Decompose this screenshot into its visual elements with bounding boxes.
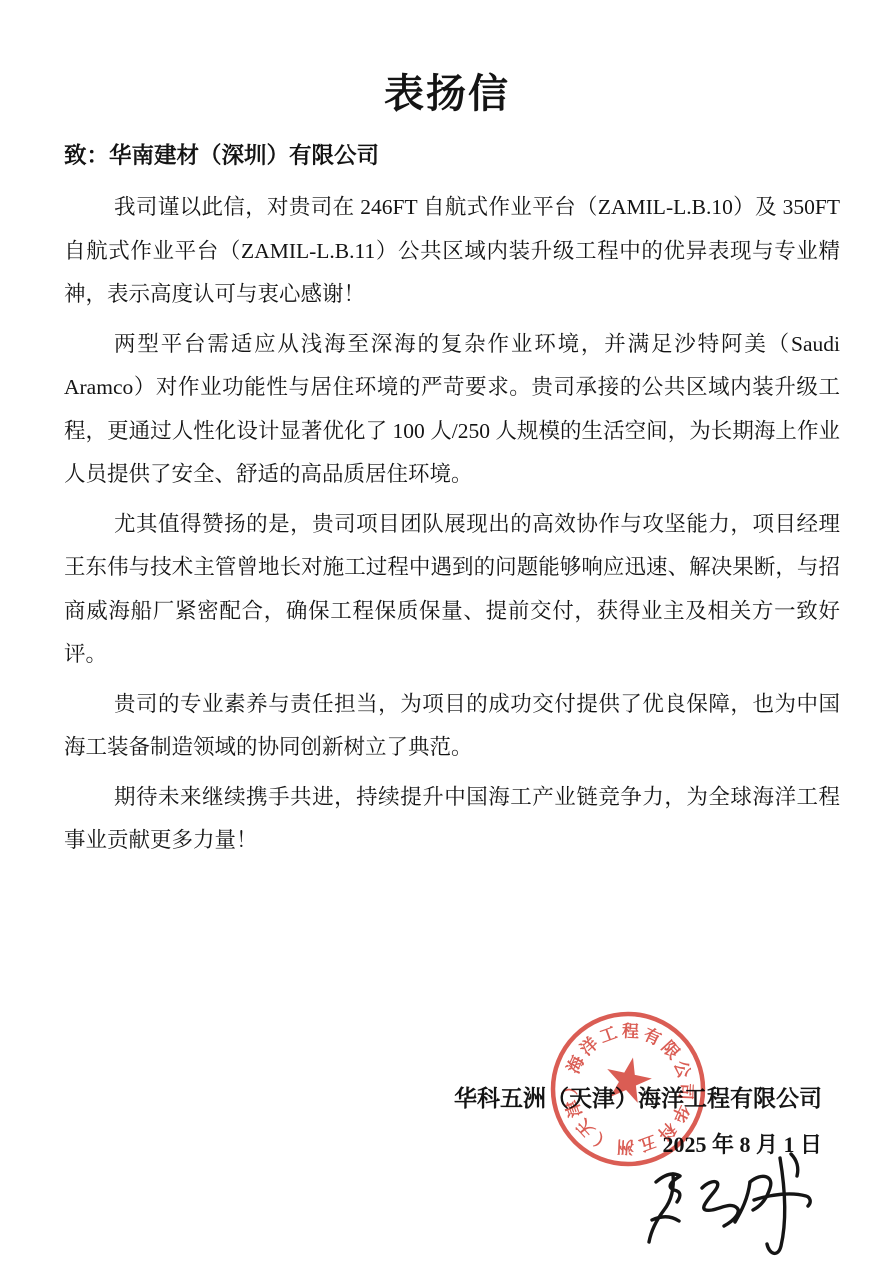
signature-handwriting <box>642 1148 822 1263</box>
paragraph: 两型平台需适应从浅海至深海的复杂作业环境，并满足沙特阿美（Saudi Aramc… <box>64 323 840 497</box>
paragraph: 尤其值得赞扬的是，贵司项目团队展现出的高效协作与攻坚能力，项目经理王东伟与技术主… <box>64 503 840 677</box>
signature-stroke <box>767 1158 785 1253</box>
seal-char: 工 <box>597 1023 619 1047</box>
seal-char: ） <box>560 1078 581 1096</box>
paragraph: 期待未来继续携手共进，持续提升中国海工产业链竞争力，为全球海洋工程事业贡献更多力… <box>64 776 840 863</box>
seal-char: 公 <box>670 1058 694 1080</box>
commendation-letter-page: 表扬信 致：华南建材（深圳）有限公司 我司谨以此信，对贵司在 246FT 自航式… <box>0 0 894 1279</box>
recipient-line: 致：华南建材（深圳）有限公司 <box>64 141 838 171</box>
paragraph: 我司谨以此信，对贵司在 246FT 自航式作业平台（ZAMIL-L.B.10）及… <box>64 186 840 317</box>
seal-char: 洲 <box>617 1137 635 1158</box>
signature-stroke <box>656 1174 680 1202</box>
seal-char: 有 <box>641 1024 665 1049</box>
seal-star-icon <box>602 1053 656 1105</box>
seal-char: 程 <box>622 1021 640 1042</box>
seal-char: 限 <box>658 1037 683 1062</box>
signature-stroke <box>702 1182 738 1226</box>
signature-stroke <box>735 1182 750 1222</box>
signature-stroke <box>750 1176 771 1210</box>
paragraph: 贵司的专业素养与责任担当，为项目的成功交付提供了优良保障，也为中国海工装备制造领… <box>64 683 840 770</box>
seal-char: 科 <box>653 1119 680 1146</box>
letter-body: 我司谨以此信，对贵司在 246FT 自航式作业平台（ZAMIL-L.B.10）及… <box>64 186 840 863</box>
seal-char: 洋 <box>576 1033 602 1059</box>
seal-char: 华 <box>668 1102 693 1126</box>
seal-char: 司 <box>676 1083 696 1101</box>
signature-stroke <box>791 1154 798 1176</box>
seal-char: 津 <box>561 1096 586 1120</box>
page-title: 表扬信 <box>0 72 894 116</box>
seal-char: 天 <box>573 1115 598 1140</box>
seal-char: （ <box>592 1129 616 1154</box>
